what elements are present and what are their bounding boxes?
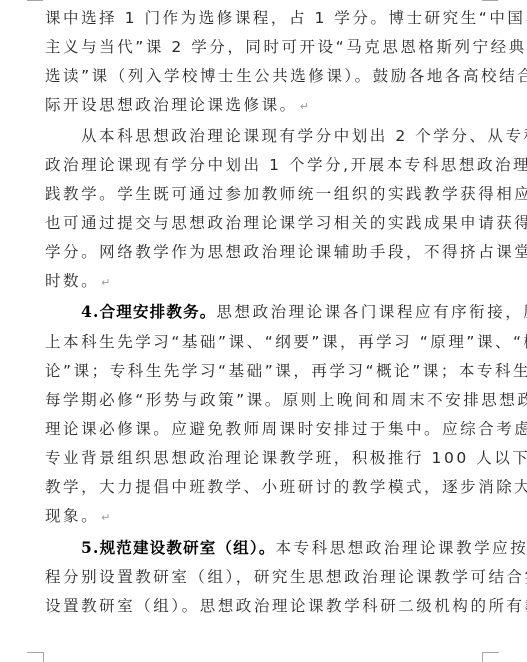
page-corner-mark-bottom-right bbox=[482, 652, 499, 662]
text-line: 教学，大力提倡中班教学、小班研讨的教学模式，逐步消除大班额 bbox=[45, 473, 485, 502]
text-line-content: 本专科思想政治理论课教学应按课 bbox=[276, 539, 527, 557]
text-line: 设置教研室（组）。思想政治理论课教学科研二级机构的所有教师 bbox=[45, 592, 485, 621]
page-corner-mark-top-right bbox=[482, 0, 498, 1]
text-line: 也可通过提交与思想政治理论课学习相关的实践成果申请获得相应 bbox=[45, 209, 485, 238]
text-line: 每学期必修“形势与政策”课。原则上晚间和周末不安排思想政治 bbox=[45, 386, 485, 415]
text-line: 主义与当代”课 2 学分，同时可开设“马克思恩格斯列宁经典著作 bbox=[45, 33, 485, 62]
text-line-content: 际开设思想政治理论课选修课。 bbox=[45, 96, 298, 114]
paragraph-course-electives: 课中选择 1 门作为选修课程，占 1 学分。博士研究生“中国马克思 主义与当代”… bbox=[45, 4, 485, 122]
page-corner-mark-bottom-left bbox=[27, 652, 44, 662]
paragraph-mark-icon: ↵ bbox=[101, 511, 110, 524]
text-line: 程分别设置教研室（组），研究生思想政治理论课教学可结合实际 bbox=[45, 563, 485, 592]
text-line: 选读”课（列入学校博士生公共选修课）。鼓励各地各高校结合实 bbox=[45, 62, 485, 91]
text-line: 上本科生先学习“基础”课、“纲要”课，再学习 “原理”课、“概 bbox=[45, 328, 485, 357]
text-line: 4.合理安排教务。思想政治理论课各门课程应有序衔接，原则 bbox=[45, 297, 485, 327]
text-line: 专业背景组织思想政治理论课教学班，积极推行 100 人以下的中班 bbox=[45, 444, 485, 473]
text-line: 际开设思想政治理论课选修课。↵ bbox=[45, 91, 485, 121]
text-line-content: 现象。 bbox=[45, 507, 99, 525]
document-body[interactable]: 课中选择 1 门作为选修课程，占 1 学分。博士研究生“中国马克思 主义与当代”… bbox=[45, 4, 485, 621]
paragraph-mark-icon: ↵ bbox=[300, 100, 309, 113]
text-line: 政治理论课现有学分中划出 1 个学分,开展本专科思想政治理论课实 bbox=[45, 151, 485, 180]
text-line: 现象。↵ bbox=[45, 502, 485, 532]
text-line: 学分。网络教学作为思想政治理论课辅助手段，不得挤占课堂教学 bbox=[45, 238, 485, 267]
text-line-content: 时数。 bbox=[45, 272, 99, 290]
paragraph-practice-teaching: 从本科思想政治理论课现有学分中划出 2 个学分、从专科思想 政治理论课现有学分中… bbox=[45, 122, 485, 298]
page-corner-mark-top-left bbox=[27, 0, 43, 1]
paragraph-item-5-research-office: 5.规范建设教研室（组）。本专科思想政治理论课教学应按课 程分别设置教研室（组）… bbox=[45, 533, 485, 621]
paragraph-item-4-scheduling: 4.合理安排教务。思想政治理论课各门课程应有序衔接，原则 上本科生先学习“基础”… bbox=[45, 297, 485, 532]
section-heading-4: 4.合理安排教务。 bbox=[81, 302, 216, 321]
text-line-content: 思想政治理论课各门课程应有序衔接，原则 bbox=[216, 303, 527, 321]
section-heading-5: 5.规范建设教研室（组）。 bbox=[81, 538, 276, 557]
text-line: 理论课必修课。应避免教师周课时安排过于集中。应综合考虑学生 bbox=[45, 415, 485, 444]
paragraph-mark-icon: ↵ bbox=[101, 276, 110, 289]
text-line: 课中选择 1 门作为选修课程，占 1 学分。博士研究生“中国马克思 bbox=[45, 4, 485, 33]
text-line: 从本科思想政治理论课现有学分中划出 2 个学分、从专科思想 bbox=[45, 122, 485, 151]
document-page: 课中选择 1 门作为选修课程，占 1 学分。博士研究生“中国马克思 主义与当代”… bbox=[0, 0, 527, 662]
text-line: 时数。↵ bbox=[45, 267, 485, 297]
text-line: 5.规范建设教研室（组）。本专科思想政治理论课教学应按课 bbox=[45, 533, 485, 563]
text-line: 论”课；专科生先学习“基础”课，再学习“概论”课；本专科生 bbox=[45, 357, 485, 386]
text-line: 践教学。学生既可通过参加教师统一组织的实践教学获得相应学分， bbox=[45, 180, 485, 209]
